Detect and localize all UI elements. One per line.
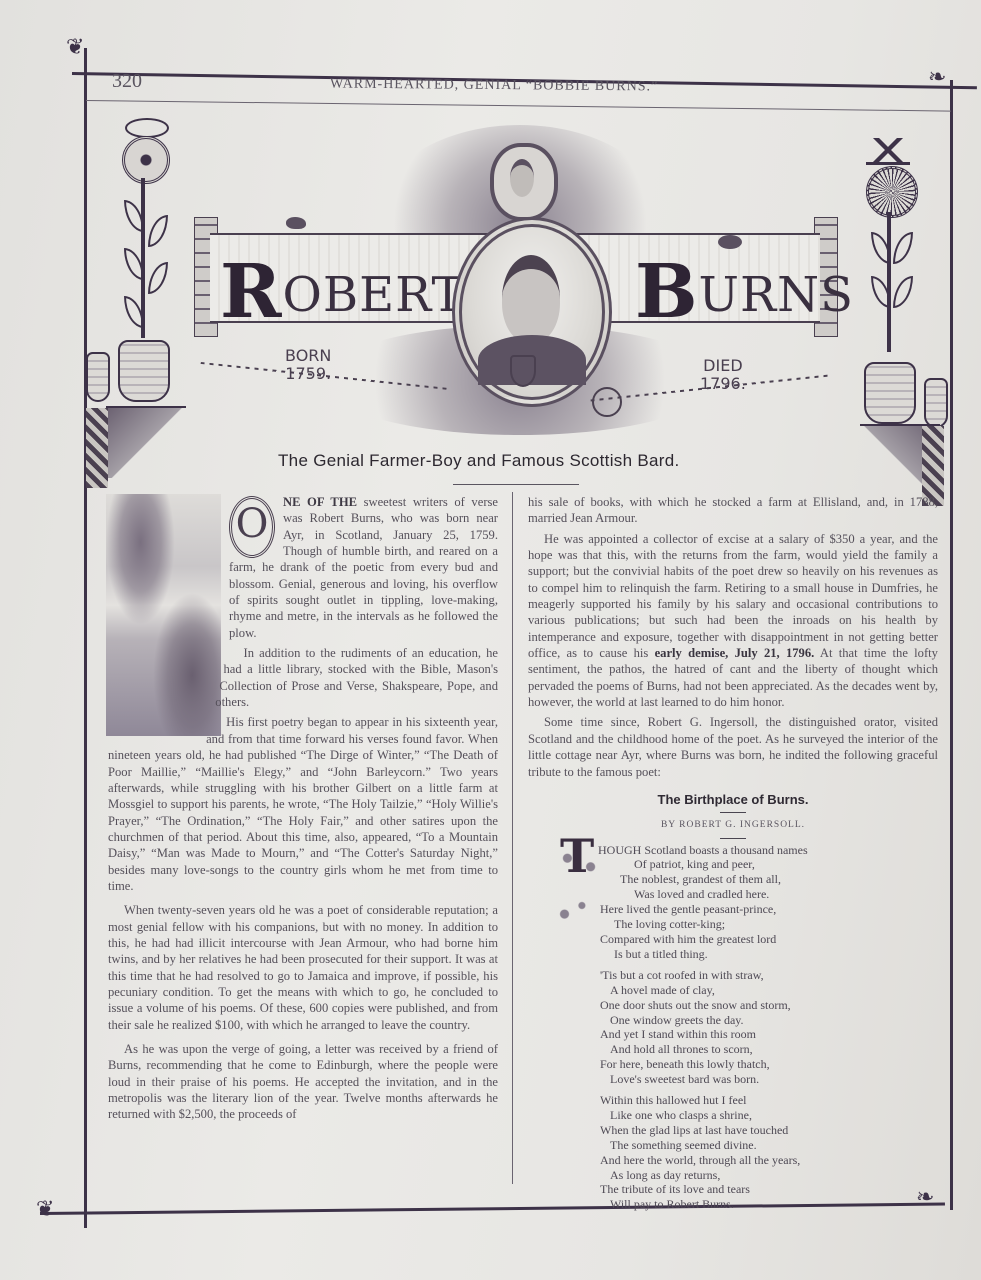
poem-stanza: HOUGH Scotland boasts a thousand names O… [554,843,938,962]
running-head: WARM-HEARTED, GENIAL “BOBBIE BURNS.” [330,77,658,96]
born-year: 1759. [285,365,331,383]
poem-line: HOUGH Scotland boasts a thousand names [554,843,938,858]
died-text: DIED [700,357,746,375]
sunflower-icon [122,136,170,184]
landscape-illustration [106,494,221,736]
born-text: BORN [285,347,331,365]
poem-line: Compared with him the greatest lord [554,932,938,947]
opening-words: NE OF THE [283,495,357,509]
header-rule [86,100,951,112]
poem-line: Here lived the gentle peasant-prince, [554,902,938,917]
article-subtitle: The Genial Farmer-Boy and Famous Scottis… [278,451,679,471]
page-number: 320 [112,70,142,93]
article-paragraph: When twenty-seven years old he was a poe… [108,902,498,1033]
shelf-bracket [106,406,186,478]
first-name-rest: OBERT [283,267,465,323]
poem-title: The Birthplace of Burns. [528,792,938,808]
first-name-initial: R [220,249,283,335]
poem-line: The loving cotter-king; [554,917,938,932]
leaf-icon [148,215,168,247]
poem-line: When the glad lips at last have touched [554,1123,938,1138]
corner-flourish-icon: ❧ [928,66,946,88]
poem-line: As long as day returns, [554,1168,938,1183]
lyre-icon [510,355,536,387]
poem-body: T HOUGH Scotland boasts a thousand names… [554,843,938,1213]
portrait-head [502,255,560,343]
demise-phrase: early demise, July 21, 1796. [655,646,815,660]
leaf-icon [148,262,168,294]
article-paragraph: Some time since, Robert G. Ingersoll, th… [528,714,938,779]
poem-line: The noblest, grandest of them all, [554,872,938,887]
poem-line: The something seemed divine. [554,1138,938,1153]
article-left-column: O NE OF THE sweetest writers of verse wa… [108,494,498,1123]
mouse-icon [718,235,742,249]
banner-last-name: BURNS [635,243,854,329]
flower-stem [887,212,891,352]
bow-icon [866,138,910,165]
vase-icon [864,362,916,424]
paragraph-text: At that time [814,646,886,660]
poem-stanza: Within this hallowed hut I feel Like one… [554,1093,938,1212]
frame-border-left [84,48,87,1228]
last-name-initial: B [635,249,699,335]
poem-line: 'Tis but a cot roofed in with straw, [554,968,938,983]
poem-line: And hold all thrones to scorn, [554,1042,938,1057]
poem-stanza: 'Tis but a cot roofed in with straw, A h… [554,968,938,1087]
drop-cap: O [229,496,275,558]
leaf-icon [893,276,913,308]
poem-line: Love's sweetest bard was born. [554,1072,938,1087]
poem-line: Will pay to Robert Burns. [554,1197,938,1212]
title-banner: ROBERT BURNS BORN1759. DIED1796. [190,125,840,440]
article-paragraph: He was appointed a collector of excise a… [528,531,938,711]
paragraph-text: He was appointed a collector of excise a… [528,532,938,660]
poem-line: Is but a titled thing. [554,947,938,962]
small-vase-icon [924,378,948,428]
subtitle-rule [453,484,579,485]
small-vase-icon [86,352,110,402]
column-divider [512,492,513,1184]
poem-line: The tribute of its love and tears [554,1182,938,1197]
poem-byline-rule [720,838,746,839]
poem-drop-cap-letter: T [560,849,594,864]
plow-wheel-icon [592,387,622,417]
leaf-icon [893,232,913,264]
poem-line: One door shuts out the snow and storm, [554,998,938,1013]
poem-line: For here, beneath this lowly thatch, [554,1057,938,1072]
muse-portrait-medallion [490,143,558,221]
bird-icon [286,217,306,229]
corner-flourish-icon: ❦ [36,1198,54,1220]
article-paragraph: his sale of books, with which he stocked… [528,494,938,527]
poem-title-rule [720,812,746,813]
banner-first-name: ROBERT [220,243,464,329]
last-name-rest: URNS [699,267,854,323]
checkered-pillar [86,408,108,488]
book-page: ❦ ❧ ❦ ❧ 320 WARM-HEARTED, GENIAL “BOBBIE… [0,0,981,1280]
frame-border-right [950,80,953,1210]
article-paragraph: As he was upon the verge of going, a let… [108,1041,498,1123]
poem-line: Of patriot, king and peer, [554,857,938,872]
article-right-column: his sale of books, with which he stocked… [528,494,938,1218]
bud-icon [125,118,169,138]
born-label: BORN1759. [285,347,331,382]
poem-line: Within this hallowed hut I feel [554,1093,938,1108]
poem-line: And yet I stand within this room [554,1027,938,1042]
poem-drop-cap: T [550,841,608,927]
poem-line: Was loved and cradled here. [554,887,938,902]
vase-icon [118,340,170,402]
poem-line: And here the world, through all the year… [554,1153,938,1168]
sunburst-icon [866,166,918,218]
corner-flourish-icon: ❦ [66,36,84,58]
poem-line: A hovel made of clay, [554,983,938,998]
died-label: DIED1796. [700,357,746,392]
article-paragraph: His first poetry began to appear in his … [108,714,498,894]
died-year: 1796. [700,375,746,393]
poem-line: One window greets the day. [554,1013,938,1028]
poem-line: Like one who clasps a shrine, [554,1108,938,1123]
